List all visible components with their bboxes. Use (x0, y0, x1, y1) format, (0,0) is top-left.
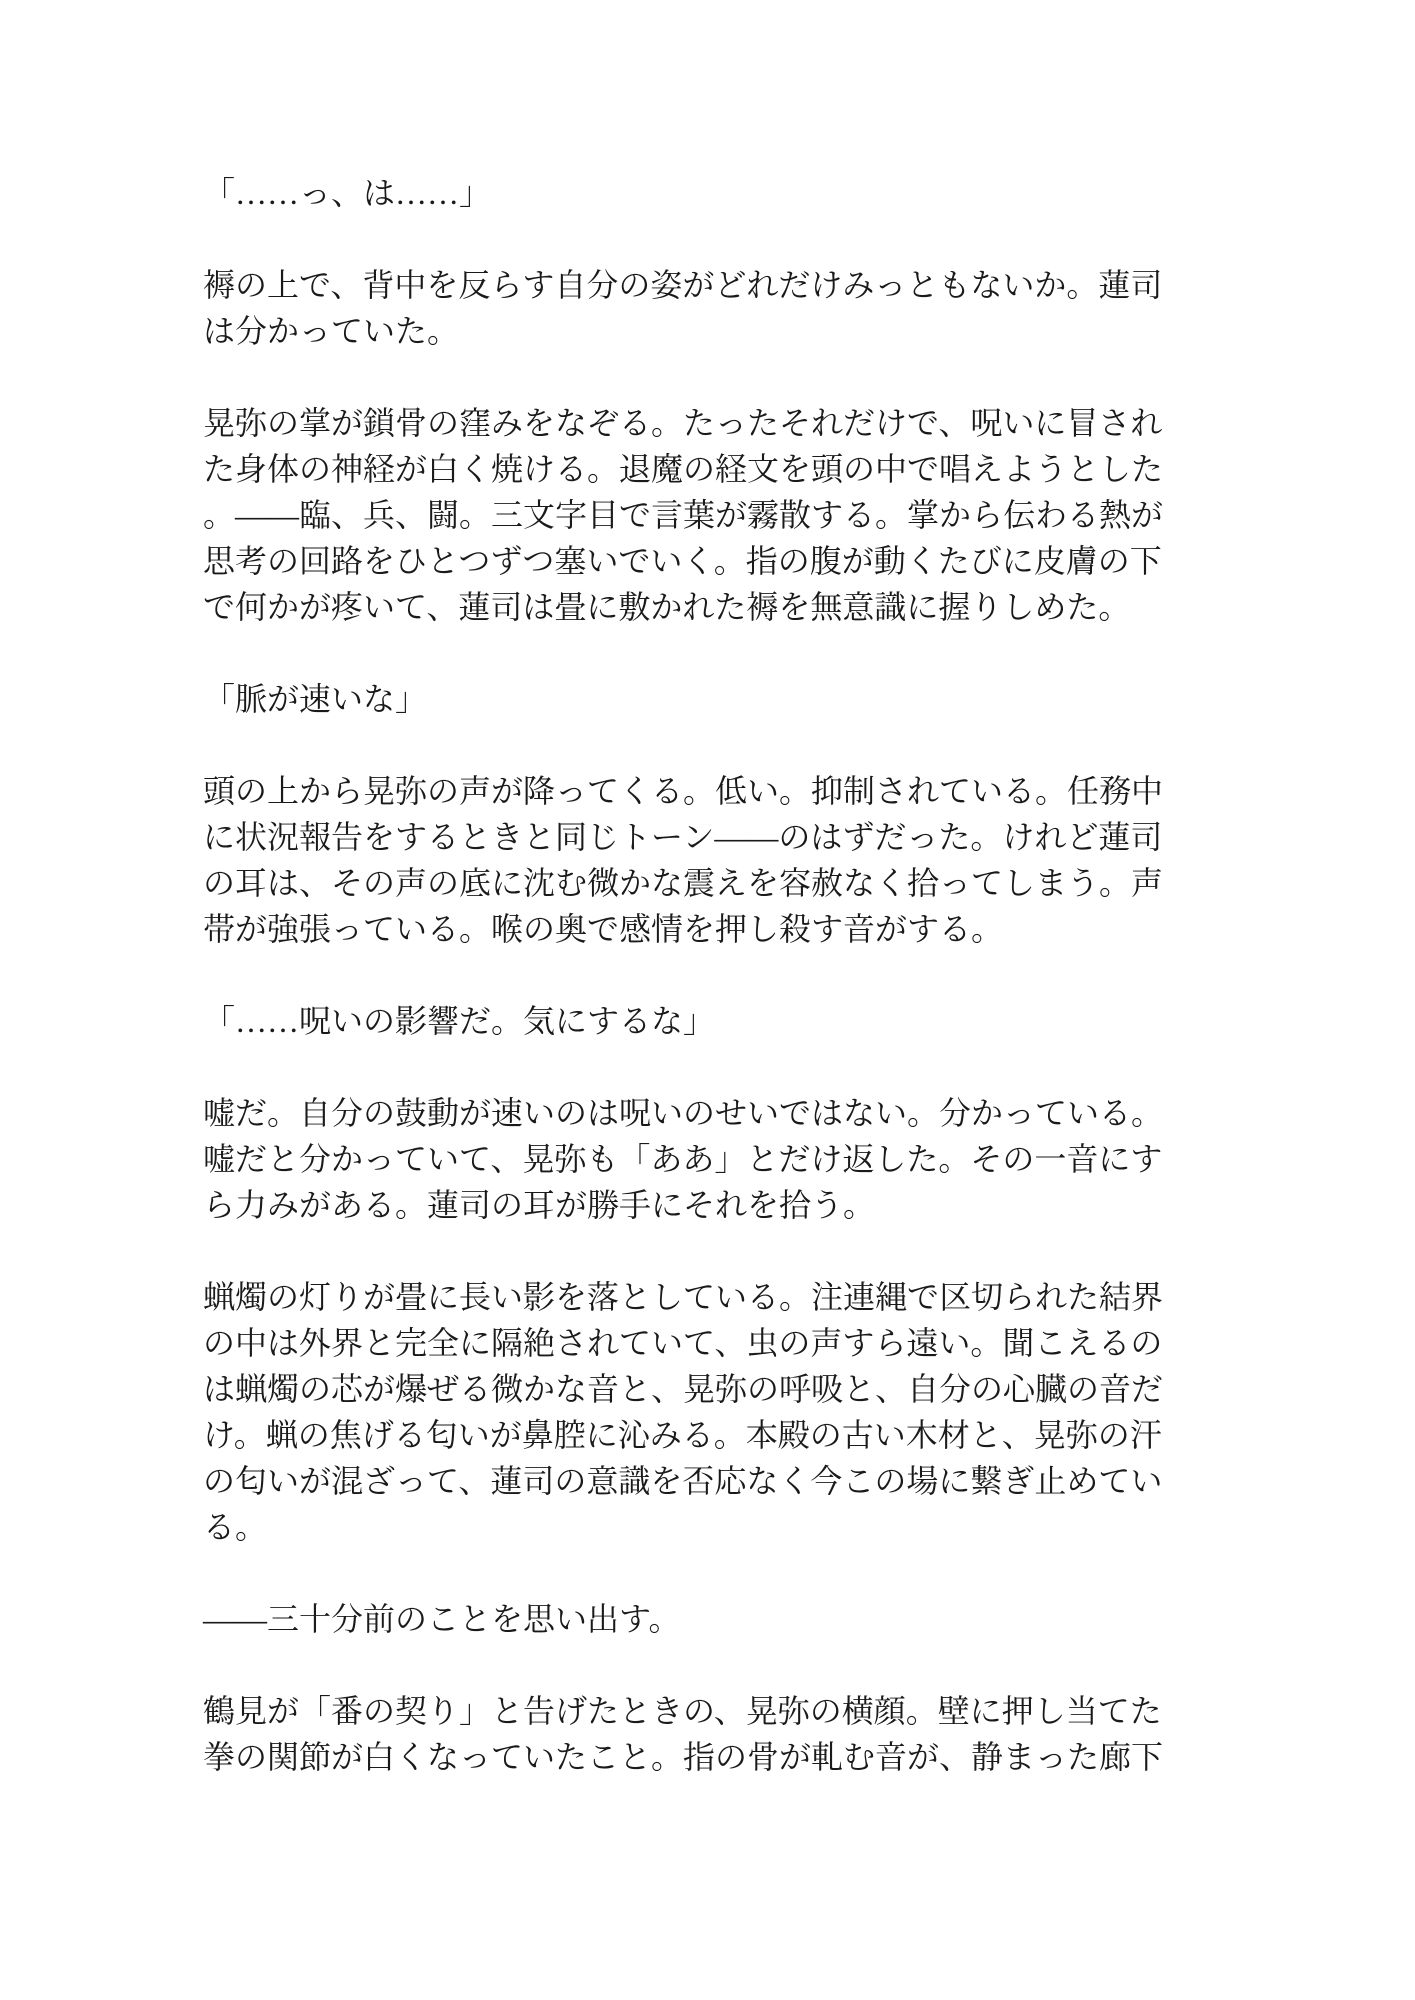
text-line: 「……っ、は……」 (203, 170, 1265, 216)
text-line: ――三十分前のことを思い出す。 (203, 1596, 1265, 1642)
text-line: 嘘だと分かっていて、晃弥も「ああ」とだけ返した。その一音にす (203, 1136, 1265, 1182)
paragraph-dialogue: 「……っ、は……」 (203, 170, 1265, 216)
text-line: 頭の上から晃弥の声が降ってくる。低い。抑制されている。任務中 (203, 768, 1265, 814)
text-line: ら力みがある。蓮司の耳が勝手にそれを拾う。 (203, 1182, 1265, 1228)
text-line: 拳の関節が白くなっていたこと。指の骨が軋む音が、静まった廊下 (203, 1734, 1265, 1780)
text-line: 嘘だ。自分の鼓動が速いのは呪いのせいではない。分かっている。 (203, 1090, 1265, 1136)
text-line: け。蝋の焦げる匂いが鼻腔に沁みる。本殿の古い木材と、晃弥の汗 (203, 1412, 1265, 1458)
text-line: は分かっていた。 (203, 308, 1265, 354)
paragraph-narration: 蝋燭の灯りが畳に長い影を落としている。注連縄で区切られた結界 の中は外界と完全に… (203, 1274, 1265, 1550)
text-line: 晃弥の掌が鎖骨の窪みをなぞる。たったそれだけで、呪いに冒され (203, 400, 1265, 446)
text-line: 褥の上で、背中を反らす自分の姿がどれだけみっともないか。蓮司 (203, 262, 1265, 308)
text-line: 「脈が速いな」 (203, 676, 1265, 722)
text-line: は蝋燭の芯が爆ぜる微かな音と、晃弥の呼吸と、自分の心臓の音だ (203, 1366, 1265, 1412)
text-line: の匂いが混ざって、蓮司の意識を否応なく今この場に繋ぎ止めてい (203, 1458, 1265, 1504)
text-line: に状況報告をするときと同じトーン――のはずだった。けれど蓮司 (203, 814, 1265, 860)
text-line: 蝋燭の灯りが畳に長い影を落としている。注連縄で区切られた結界 (203, 1274, 1265, 1320)
paragraph-dialogue: 「脈が速いな」 (203, 676, 1265, 722)
novel-text-page: 「……っ、は……」 褥の上で、背中を反らす自分の姿がどれだけみっともないか。蓮司… (0, 0, 1415, 2000)
text-line: 。――臨、兵、闘。三文字目で言葉が霧散する。掌から伝わる熱が (203, 492, 1265, 538)
paragraph-narration: 晃弥の掌が鎖骨の窪みをなぞる。たったそれだけで、呪いに冒され た身体の神経が白く… (203, 400, 1265, 630)
text-line: 「……呪いの影響だ。気にするな」 (203, 998, 1265, 1044)
text-line: 帯が強張っている。喉の奥で感情を押し殺す音がする。 (203, 906, 1265, 952)
paragraph-narration: 褥の上で、背中を反らす自分の姿がどれだけみっともないか。蓮司 は分かっていた。 (203, 262, 1265, 354)
text-line: 鶴見が「番の契り」と告げたときの、晃弥の横顔。壁に押し当てた (203, 1688, 1265, 1734)
text-line: で何かが疼いて、蓮司は畳に敷かれた褥を無意識に握りしめた。 (203, 584, 1265, 630)
paragraph-narration: 頭の上から晃弥の声が降ってくる。低い。抑制されている。任務中 に状況報告をすると… (203, 768, 1265, 952)
text-line: の耳は、その声の底に沈む微かな震えを容赦なく拾ってしまう。声 (203, 860, 1265, 906)
paragraph-narration: 鶴見が「番の契り」と告げたときの、晃弥の横顔。壁に押し当てた 拳の関節が白くなっ… (203, 1688, 1265, 1780)
text-line: る。 (203, 1504, 1265, 1550)
text-line: の中は外界と完全に隔絶されていて、虫の声すら遠い。聞こえるの (203, 1320, 1265, 1366)
paragraph-dialogue: 「……呪いの影響だ。気にするな」 (203, 998, 1265, 1044)
paragraph-narration: ――三十分前のことを思い出す。 (203, 1596, 1265, 1642)
paragraph-narration: 嘘だ。自分の鼓動が速いのは呪いのせいではない。分かっている。 嘘だと分かっていて… (203, 1090, 1265, 1228)
text-line: 思考の回路をひとつずつ塞いでいく。指の腹が動くたびに皮膚の下 (203, 538, 1265, 584)
text-line: た身体の神経が白く焼ける。退魔の経文を頭の中で唱えようとした (203, 446, 1265, 492)
